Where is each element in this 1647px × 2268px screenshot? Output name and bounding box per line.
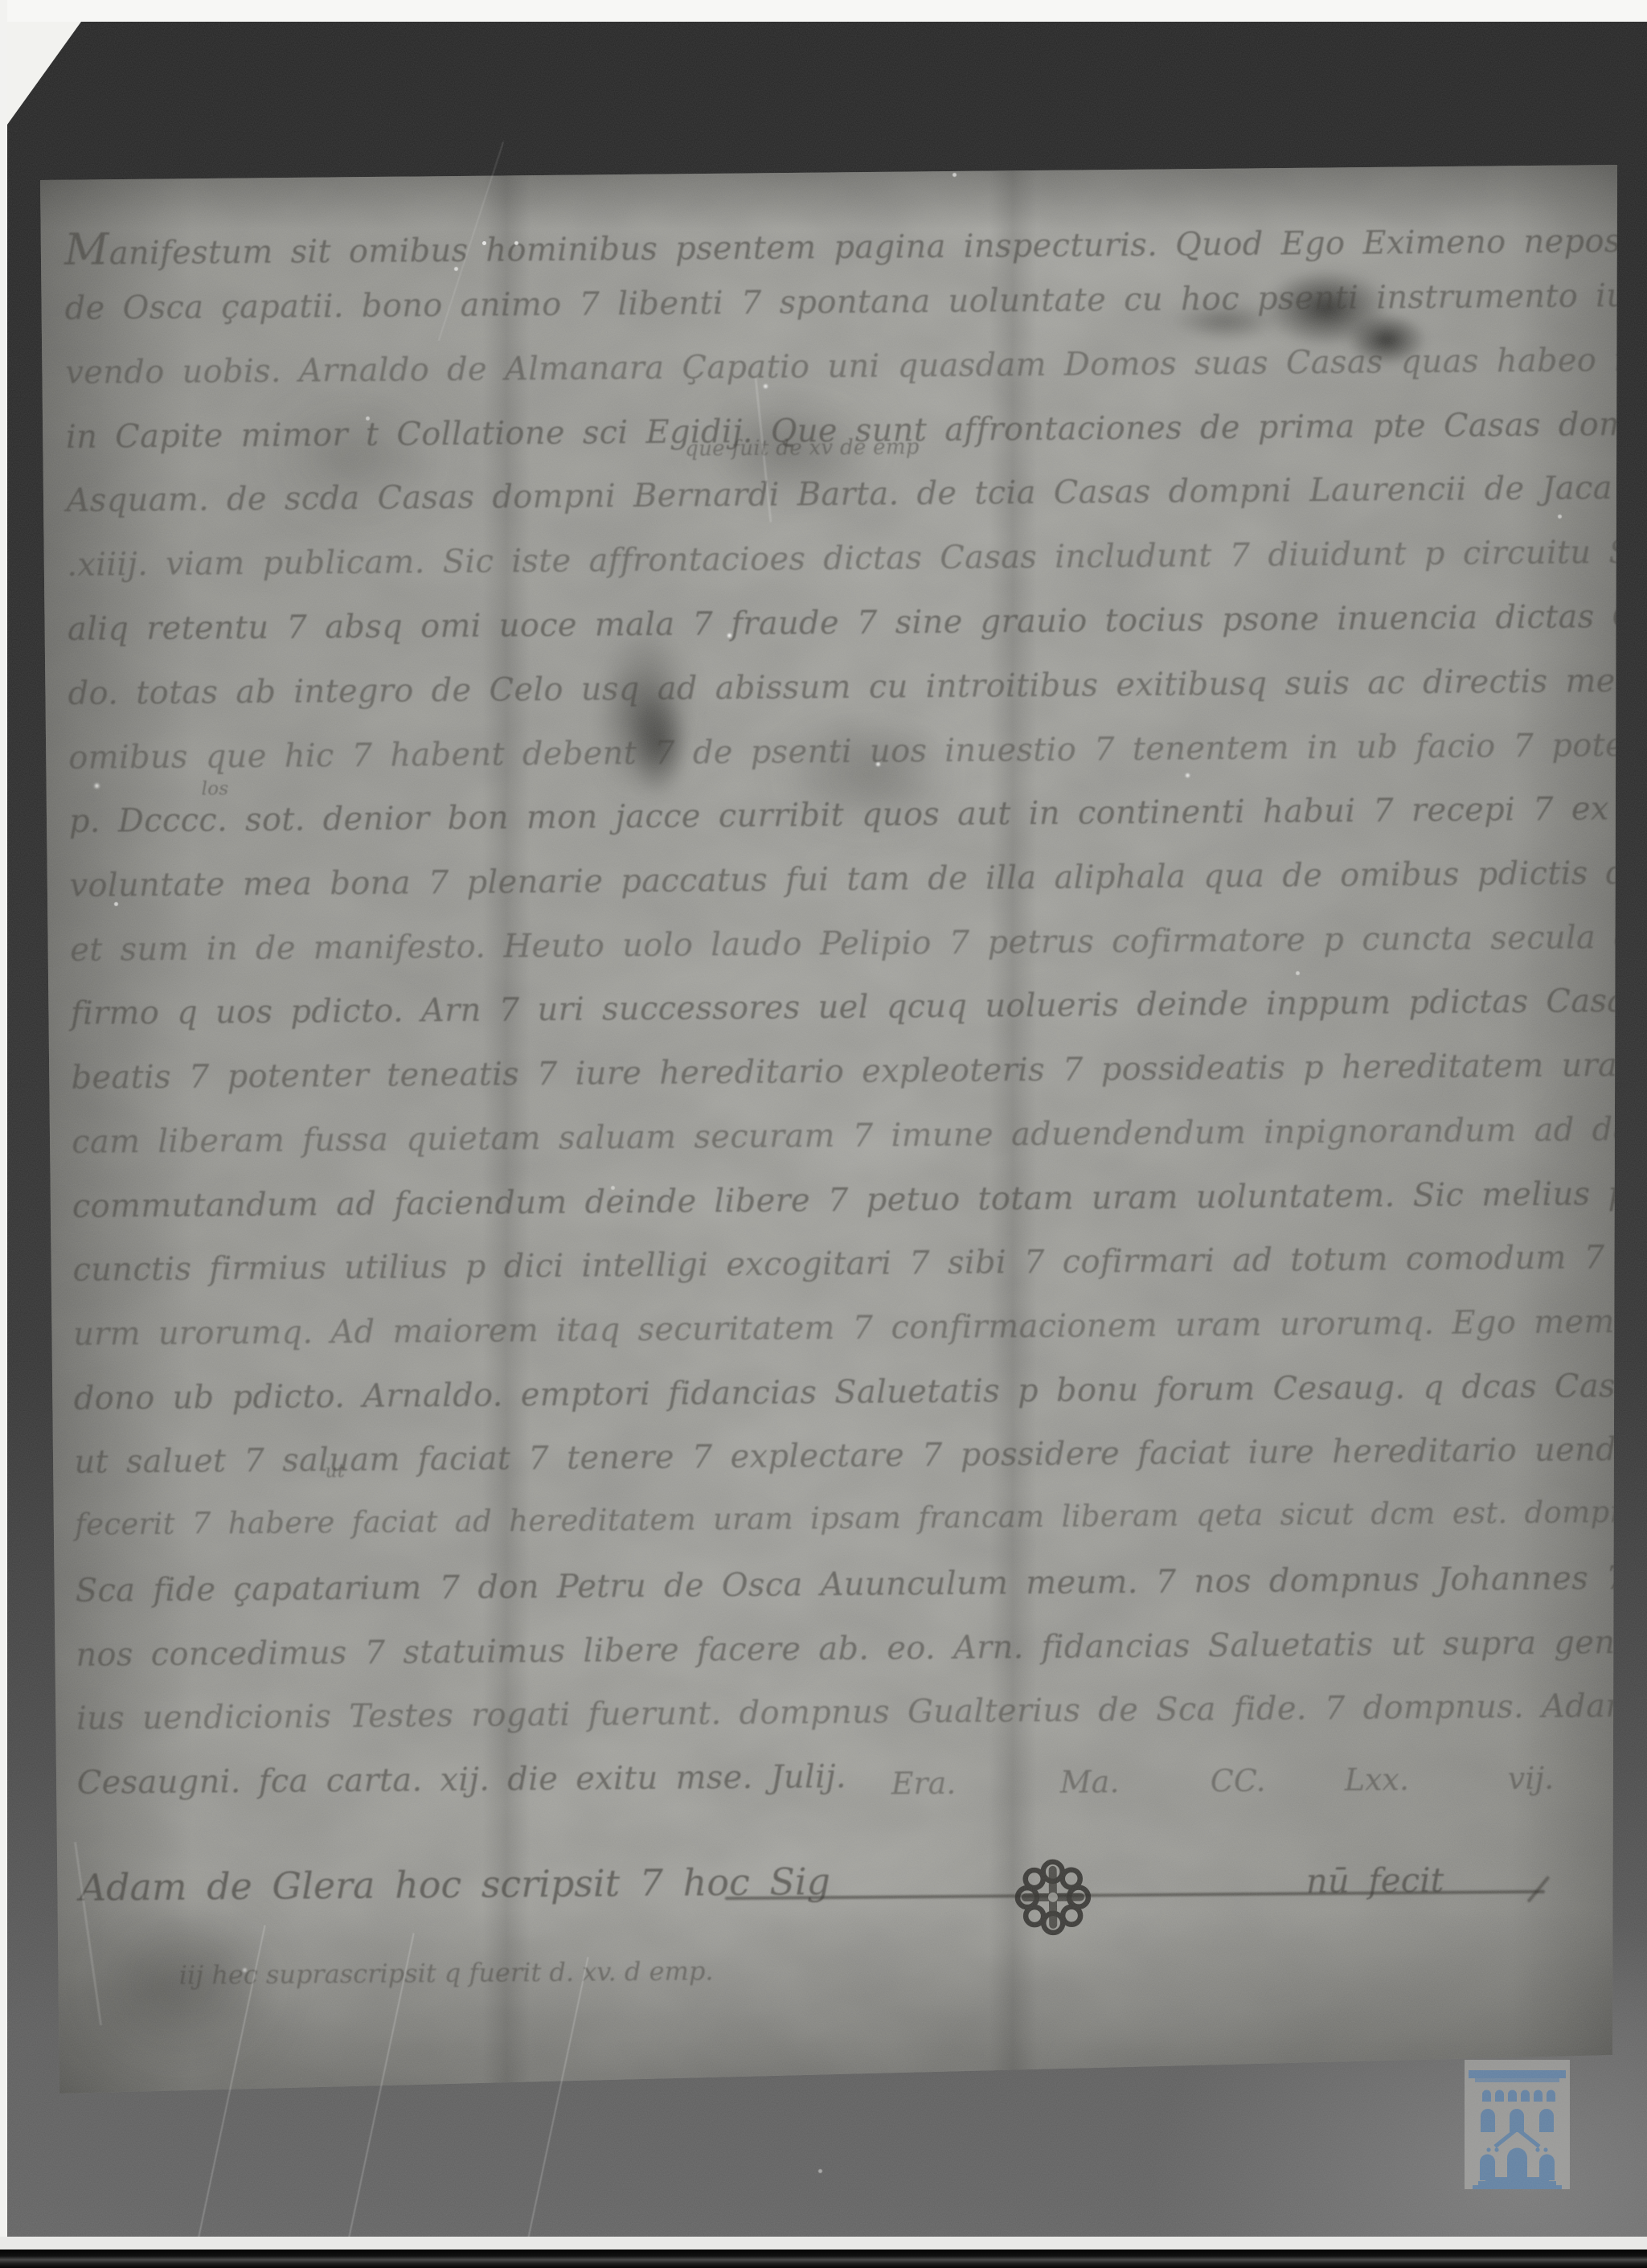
charter-line: et sum in de manifesto. Heuto uolo laudo… (70, 919, 1647, 967)
charter-line: ius uendicionis Testes rogati fuerunt. d… (76, 1687, 1647, 1736)
charter-line: voluntate mea bona 7 plenarie paccatus f… (69, 855, 1647, 903)
charter-line: ut saluet 7 saluam faciat 7 tenere 7 exp… (74, 1431, 1647, 1479)
archive-building-logo-icon (1465, 2060, 1570, 2189)
charter-line: omibus que hic 7 habent debent 7 de psen… (68, 726, 1647, 775)
charter-line: vendo uobis. Arnaldo de Almanara Çapatio… (65, 341, 1647, 390)
charter-line: cam liberam fussa quietam saluam securam… (72, 1110, 1647, 1159)
charter-line: p. Dcccc. sot. denior bon mon jacce curr… (69, 790, 1647, 838)
charter-line: commutandum ad faciendum deinde libere 7… (72, 1176, 1647, 1224)
interline-addition: que fuit de xv de emp (685, 437, 920, 459)
era-date-part: Ma. (1060, 1766, 1120, 1798)
scribe-subscription: Adam de Glera hoc scripsit 7 hoc Sig (80, 1863, 831, 1906)
signum-rule-end-hook (1527, 1876, 1551, 1902)
scribe-subscription-continued: nū fecit (1306, 1864, 1444, 1898)
charter-line: Cesaugni. fca carta. xij. die exitu mse.… (77, 1760, 847, 1800)
scanner-bed-strip (0, 2250, 1647, 2268)
era-date-part: Lxx. (1345, 1764, 1409, 1795)
charter-line: Sca fide çapatarium 7 don Petru de Osca … (76, 1558, 1647, 1608)
charter-line: cunctis firmius utilius p dici intelligi… (72, 1239, 1647, 1287)
parchment-sheet: Manifestum sit omibus hominibus psentem … (0, 0, 1647, 2268)
charter-line: Asquam. de scda Casas dompni Bernardi Ba… (66, 470, 1647, 518)
charter-line: de Osca çapatii. bono animo 7 libenti 7 … (65, 276, 1647, 326)
era-date-part: vij. (1508, 1763, 1555, 1794)
photo-paper-edge-left (0, 0, 7, 2268)
notarial-sign-rosette-icon (1013, 1856, 1094, 1938)
charter-line: Manifestum sit omibus hominibus psentem … (64, 213, 1647, 273)
photo-paper-edge-bottom (0, 2237, 1647, 2250)
charter-line: aliq retentu 7 absq omi uoce mala 7 frau… (68, 597, 1647, 646)
charter-line: urm urorumq. Ad maiorem itaq securitatem… (73, 1303, 1647, 1351)
charter-line: firmo q uos pdicto. Arn 7 uri successore… (71, 983, 1647, 1031)
charter-line: beatis 7 potenter teneatis 7 iure heredi… (71, 1047, 1647, 1095)
dust-specks (482, 241, 486, 245)
manuscript-photograph: Manifestum sit omibus hominibus psentem … (0, 0, 1647, 2268)
charter-line: .xiiij. viam publicam. Sic iste affronta… (67, 535, 1647, 582)
charter-line: dono ub pdicto. Arnaldo. emptori fidanci… (74, 1369, 1647, 1416)
superscript-abbreviation: los (202, 780, 229, 798)
era-date-part: Era. (891, 1768, 957, 1799)
era-date-part: CC. (1211, 1766, 1266, 1797)
superscript-abbreviation: ut (325, 1462, 345, 1481)
charter-line: do. totas ab integro de Celo usq ad abis… (68, 662, 1647, 711)
photo-paper-edge-top (0, 0, 1647, 22)
scribal-correction-note: iij hec suprascripsit q fuerit d. xv. d … (179, 1958, 714, 1987)
charter-line: nos concedimus 7 statuimus libere facere… (76, 1625, 1647, 1672)
charter-text-block: Manifestum sit omibus hominibus psentem … (0, 0, 1647, 2268)
charter-line: fecerit 7 habere faciat ad hereditatem u… (75, 1495, 1647, 1540)
